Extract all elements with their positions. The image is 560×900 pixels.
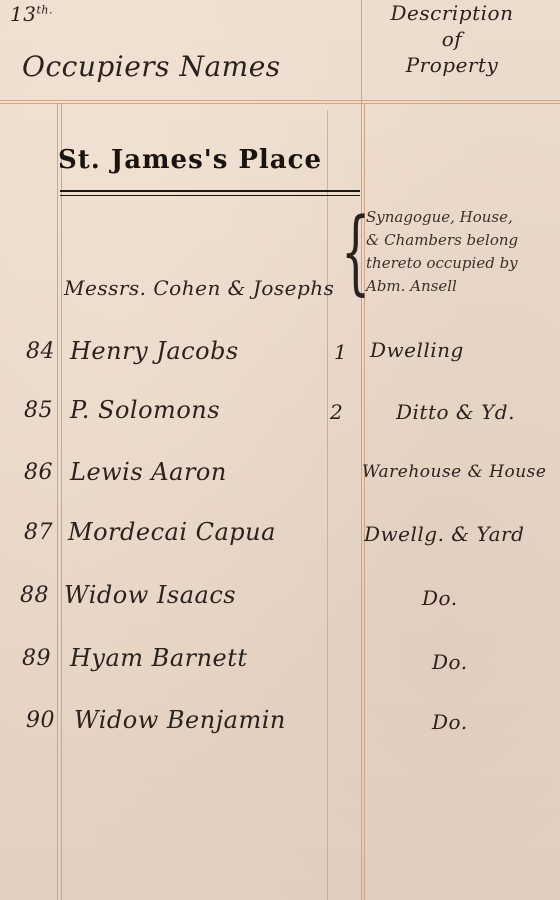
entry-description: Do. — [432, 650, 468, 674]
entry-name-cohen-josephs: Messrs. Cohen & Josephs — [64, 276, 334, 300]
folio-value: 13 — [10, 2, 36, 26]
synagogue-description-line: & Chambers belong — [366, 229, 518, 252]
synagogue-description: Synagogue, House, & Chambers belong ther… — [366, 206, 518, 298]
number-column-rule-left — [57, 103, 58, 900]
entry-number: 86 — [24, 460, 53, 485]
entry-name: Lewis Aaron — [70, 458, 227, 486]
entry-description: Do. — [432, 710, 468, 734]
entry-name: Widow Isaacs — [64, 581, 236, 609]
entry-quantity: 1 — [334, 340, 347, 364]
description-header-line-1: Description — [372, 0, 532, 26]
entry-name: Henry Jacobs — [70, 337, 239, 365]
description-of-property-header: Description of Property — [372, 0, 532, 78]
synagogue-description-line: Abm. Ansell — [366, 275, 518, 298]
synagogue-description-line: Synagogue, House, — [366, 206, 518, 229]
description-header-line-3: Property — [372, 52, 532, 78]
entry-description: Dwelling — [370, 338, 464, 362]
entry-description: Warehouse & House — [362, 462, 546, 482]
entry-number: 90 — [26, 708, 55, 733]
entry-quantity: 2 — [330, 400, 343, 424]
folio-suffix: th. — [36, 3, 53, 16]
synagogue-description-line: thereto occupied by — [366, 252, 518, 275]
occupiers-names-header: Occupiers Names — [22, 50, 281, 83]
entry-description: Dwellg. & Yard — [364, 522, 524, 546]
description-header-line-2: of — [372, 26, 532, 52]
description-column-rule-left — [361, 0, 362, 900]
entry-name: P. Solomons — [70, 396, 220, 424]
header-rule-upper — [0, 100, 560, 101]
entry-number: 88 — [20, 583, 49, 608]
street-underline-thick — [60, 190, 360, 192]
entry-number: 84 — [26, 339, 55, 364]
quantity-column-rule — [327, 110, 328, 900]
entry-name: Widow Benjamin — [74, 706, 286, 734]
header-rule-lower — [0, 103, 560, 104]
entry-name: Hyam Barnett — [70, 644, 248, 672]
entry-description: Ditto & Yd. — [396, 400, 515, 424]
street-heading: St. James's Place — [58, 145, 322, 175]
ledger-page: 13th. Occupiers Names Description of Pro… — [0, 0, 560, 900]
entry-number: 85 — [24, 398, 53, 423]
folio-number: 13th. — [10, 2, 53, 26]
entry-number: 89 — [22, 646, 51, 671]
number-column-rule-right — [61, 103, 62, 900]
street-underline-thin — [60, 195, 360, 196]
entry-description: Do. — [422, 586, 458, 610]
entry-number: 87 — [24, 520, 53, 545]
entry-name: Mordecai Capua — [68, 518, 276, 546]
